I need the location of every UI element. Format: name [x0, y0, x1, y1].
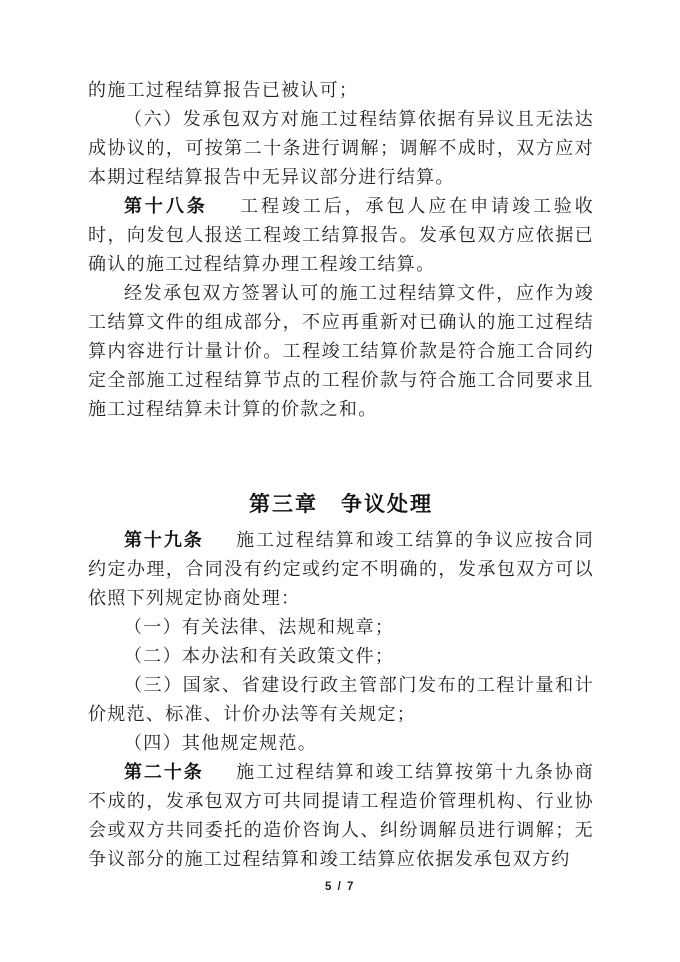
list-item-paragraph: （二）本办法和有关政策文件；: [88, 642, 594, 671]
list-item-paragraph: （一）有关法律、法规和规章；: [88, 613, 594, 642]
paragraph: 第二十条施工过程结算和竣工结算按第十九条协商不成的，发承包双方可共同提请工程造价…: [88, 758, 594, 874]
chapter-number: 第三章: [249, 493, 318, 516]
list-item-paragraph: （三）国家、省建设行政主管部门发布的工程计量和计价规范、标准、计价办法等有关规定…: [88, 671, 594, 729]
paragraph-text: （四）其他规定规范。: [124, 733, 317, 753]
paragraph-text: 经发承包双方签署认可的施工过程结算文件，应作为竣工结算文件的组成部分，不应再重新…: [88, 283, 594, 419]
paragraph-text: （一）有关法律、法规和规章；: [124, 617, 394, 637]
paragraph: 的施工过程结算报告已被认可；: [88, 76, 594, 105]
paragraph: 第十九条施工过程结算和竣工结算的争议应按合同约定办理，合同没有约定或约定不明确的…: [88, 526, 594, 613]
paragraph: （六）发承包双方对施工过程结算依据有异议且无法达成协议的，可按第二十条进行调解；…: [88, 105, 594, 192]
page-number: 5 / 7: [325, 881, 355, 893]
page-footer: 5 / 7: [0, 877, 680, 895]
paragraph-text: 的施工过程结算报告已被认可；: [88, 80, 358, 100]
paragraph: 第十八条工程竣工后，承包人应在申请竣工验收时，向发包人报送工程竣工结算报告。发承…: [88, 192, 594, 279]
chapter-title: 争议处理: [341, 493, 433, 516]
article-number: 第十八条: [124, 196, 208, 216]
article-number: 第二十条: [124, 762, 204, 782]
document-body: 的施工过程结算报告已被认可； （六）发承包双方对施工过程结算依据有异议且无法达成…: [88, 76, 594, 874]
paragraph-text: （三）国家、省建设行政主管部门发布的工程计量和计价规范、标准、计价办法等有关规定…: [88, 675, 594, 724]
paragraph: 经发承包双方签署认可的施工过程结算文件，应作为竣工结算文件的组成部分，不应再重新…: [88, 279, 594, 424]
article-number: 第十九条: [124, 530, 204, 550]
paragraph-text: （六）发承包双方对施工过程结算依据有异议且无法达成协议的，可按第二十条进行调解；…: [88, 109, 594, 187]
document-page: 的施工过程结算报告已被认可； （六）发承包双方对施工过程结算依据有异议且无法达成…: [0, 0, 680, 962]
chapter-heading: 第三章争议处理: [88, 490, 594, 520]
list-item-paragraph: （四）其他规定规范。: [88, 729, 594, 758]
paragraph-text: （二）本办法和有关政策文件；: [124, 646, 394, 666]
